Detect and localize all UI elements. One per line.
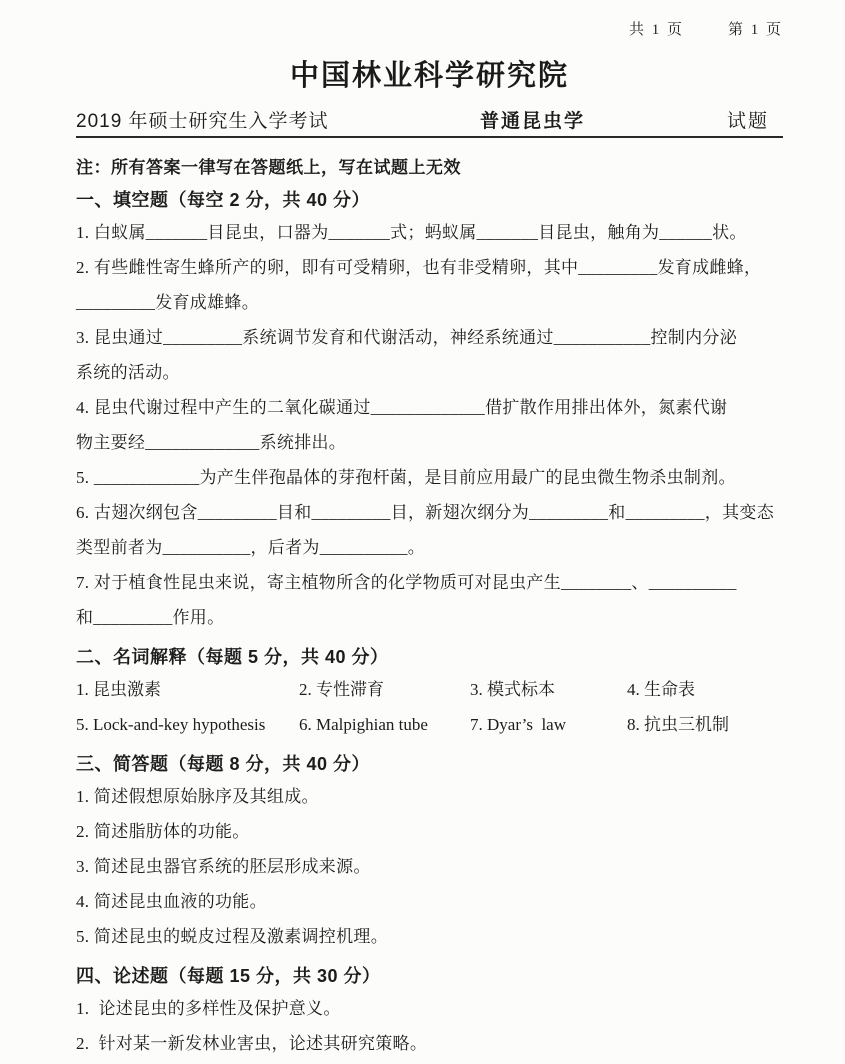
short-answer-line: 1. 简述假想原始脉序及其组成。 [76, 779, 783, 814]
page-title: 中国林业科学研究院 [76, 53, 783, 94]
section-heading-terms: 二、名词解释（每题 5 分，共 40 分） [76, 644, 783, 670]
fill-blank-line: 5. ____________为产生伴孢晶体的芽孢杆菌，是目前应用最广的昆虫微生… [76, 460, 783, 495]
fill-blank-line: 3. 昆虫通过_________系统调节发育和代谢活动，神经系统通过______… [76, 320, 783, 355]
essay-line: 2. 针对某一新发林业害虫，论述其研究策略。 [76, 1026, 783, 1061]
fill-blank-line: 6. 古翅次纲包含_________目和_________目，新翅次纲分为___… [76, 495, 783, 530]
term-item: 8. 抗虫三机制 [627, 707, 783, 742]
fill-blank-line: 物主要经_____________系统排出。 [76, 425, 783, 460]
exam-paper: 共 1 页第 1 页 中国林业科学研究院 2019 年硕士研究生入学考试 普通昆… [0, 0, 845, 1064]
paper-label: 试题 [727, 106, 769, 133]
exam-name: 2019 年硕士研究生入学考试 [76, 106, 329, 133]
short-answer-line: 5. 简述昆虫的蜕皮过程及激素调控机理。 [76, 919, 783, 954]
page-info: 共 1 页第 1 页 [76, 18, 783, 39]
page-number-label: 第 1 页 [728, 18, 783, 39]
answer-sheet-note: 注：所有答案一律写在答题纸上，写在试题上无效 [76, 153, 783, 178]
pages-total-label: 共 1 页 [629, 18, 684, 39]
term-item: 2. 专性滞育 [299, 672, 470, 707]
term-item: 4. 生命表 [627, 672, 783, 707]
term-item: 5. Lock-and-key hypothesis [76, 707, 299, 742]
fill-blank-line: 和_________作用。 [76, 600, 783, 635]
exam-subtitle-row: 2019 年硕士研究生入学考试 普通昆虫学 试题 [76, 106, 783, 138]
term-item: 6. Malpighian tube [299, 707, 470, 742]
section-heading-fill-blank: 一、填空题（每空 2 分，共 40 分） [76, 187, 783, 213]
course-name: 普通昆虫学 [480, 106, 585, 133]
term-item: 1. 昆虫激素 [76, 672, 299, 707]
essay-line: 1. 论述昆虫的多样性及保护意义。 [76, 991, 783, 1026]
fill-blank-line: 系统的活动。 [76, 355, 783, 390]
fill-blank-line: 类型前者为__________，后者为__________。 [76, 530, 783, 565]
section-heading-essay: 四、论述题（每题 15 分，共 30 分） [76, 963, 783, 989]
fill-blank-line: _________发育成雄蜂。 [76, 285, 783, 320]
short-answer-line: 2. 简述脂肪体的功能。 [76, 814, 783, 849]
terms-grid: 1. 昆虫激素 2. 专性滞育 3. 模式标本 4. 生命表 5. Lock-a… [76, 672, 783, 742]
fill-blank-line: 1. 白蚁属_______目昆虫，口器为_______式；蚂蚁属_______目… [76, 215, 783, 250]
section-heading-short-answer: 三、简答题（每题 8 分，共 40 分） [76, 751, 783, 777]
fill-blank-line: 7. 对于植食性昆虫来说，寄主植物所含的化学物质可对昆虫产生________、_… [76, 565, 783, 600]
short-answer-line: 3. 简述昆虫器官系统的胚层形成来源。 [76, 849, 783, 884]
fill-blank-line: 2. 有些雌性寄生蜂所产的卵，即有可受精卵，也有非受精卵，其中_________… [76, 250, 783, 285]
term-item: 3. 模式标本 [470, 672, 627, 707]
short-answer-line: 4. 简述昆虫血液的功能。 [76, 884, 783, 919]
fill-blank-line: 4. 昆虫代谢过程中产生的二氧化碳通过_____________借扩散作用排出体… [76, 390, 783, 425]
term-item: 7. Dyar’s law [470, 707, 627, 742]
